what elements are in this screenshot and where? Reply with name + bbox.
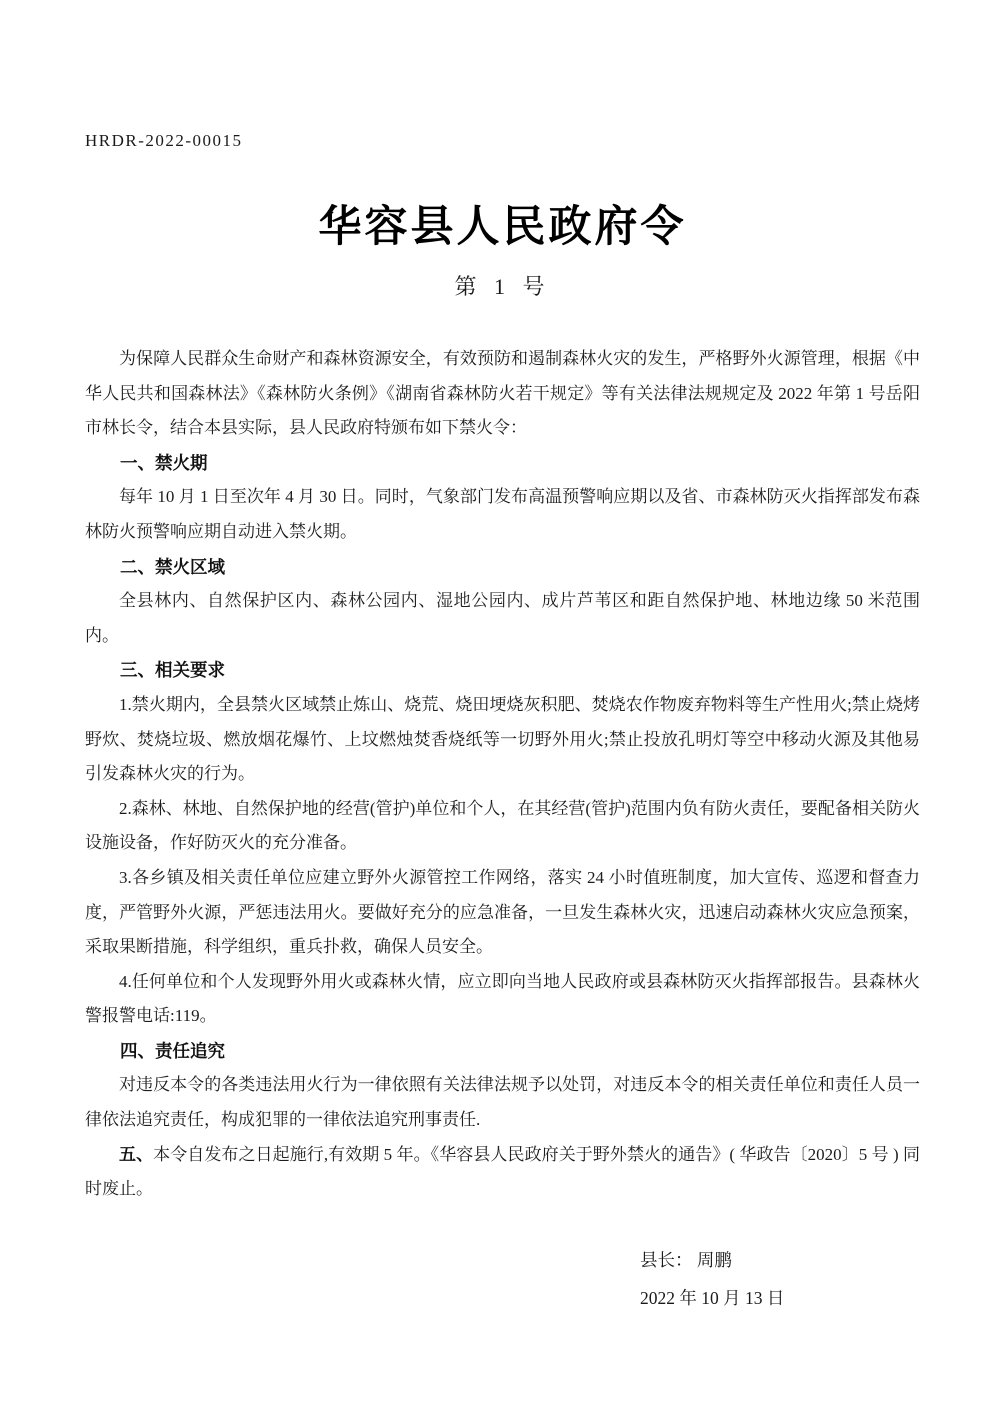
closing-paragraph: 五、本令自发布之日起施行,有效期 5 年。《华容县人民政府关于野外禁火的通告》(…	[85, 1138, 920, 1207]
section-paragraph: 全县林内、自然保护区内、森林公园内、湿地公园内、成片芦苇区和距自然保护地、林地边…	[85, 584, 920, 653]
document-page: HRDR-2022-00015 华容县人民政府令 第 1 号 为保障人民群众生命…	[0, 0, 1000, 1414]
closing-paragraph-prefix: 五、	[119, 1145, 153, 1164]
section-paragraph: 每年 10 月 1 日至次年 4 月 30 日。同时，气象部门发布高温预警响应期…	[85, 480, 920, 549]
requirement-item-4: 4.任何单位和个人发现野外用火或森林火情，应立即向当地人民政府或县森林防灭火指挥…	[85, 965, 920, 1034]
section-heading-fire-ban-area: 二、禁火区域	[85, 550, 920, 585]
doc-reference-code: HRDR-2022-00015	[85, 130, 920, 152]
signature-date: 2022 年 10 月 13 日	[640, 1279, 920, 1317]
section-paragraph: 对违反本令的各类违法用火行为一律依照有关法律法规予以处罚，对违反本令的相关责任单…	[85, 1068, 920, 1137]
doc-number: 第 1 号	[85, 272, 920, 302]
signature-signer: 县长： 周鹏	[640, 1241, 920, 1279]
section-heading-fire-ban-period: 一、禁火期	[85, 446, 920, 481]
section-heading-accountability: 四、责任追究	[85, 1034, 920, 1069]
signature-block: 县长： 周鹏 2022 年 10 月 13 日	[640, 1241, 920, 1317]
doc-title: 华容县人民政府令	[85, 200, 920, 256]
requirement-item-1: 1.禁火期内，全县禁火区域禁止炼山、烧荒、烧田埂烧灰积肥、焚烧农作物废弃物料等生…	[85, 688, 920, 792]
section-heading-requirements: 三、相关要求	[85, 653, 920, 688]
requirement-item-2: 2.森林、林地、自然保护地的经营(管护)单位和个人，在其经营(管护)范围内负有防…	[85, 792, 920, 861]
intro-paragraph: 为保障人民群众生命财产和森林资源安全，有效预防和遏制森林火灾的发生，严格野外火源…	[85, 342, 920, 446]
doc-body: 为保障人民群众生命财产和森林资源安全，有效预防和遏制森林火灾的发生，严格野外火源…	[85, 342, 920, 1207]
closing-paragraph-text: 本令自发布之日起施行,有效期 5 年。《华容县人民政府关于野外禁火的通告》( 华…	[85, 1145, 920, 1199]
requirement-item-3: 3.各乡镇及相关责任单位应建立野外火源管控工作网络，落实 24 小时值班制度，加…	[85, 861, 920, 965]
